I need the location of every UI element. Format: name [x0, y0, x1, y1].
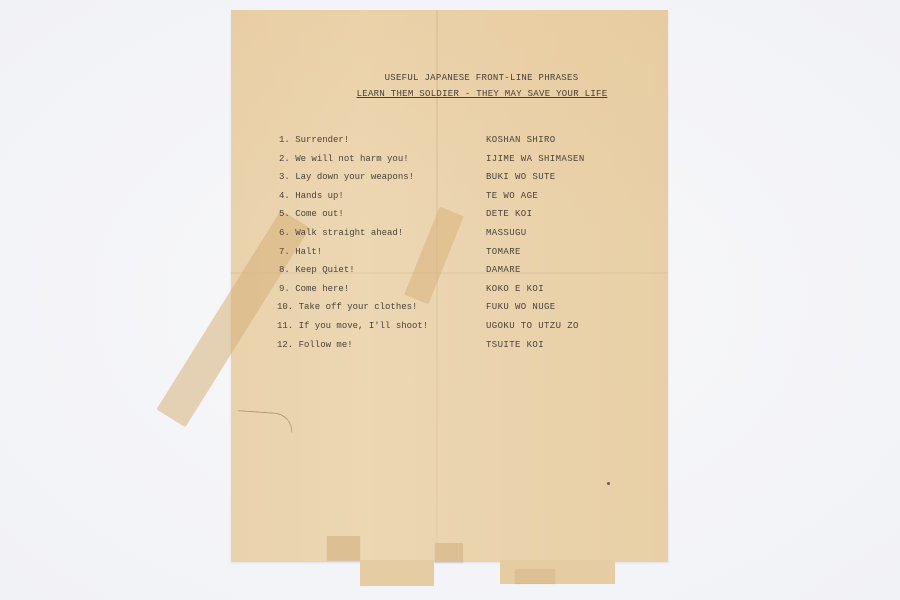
phrase-english: 7. Halt! — [279, 247, 322, 257]
phrase-japanese: MASSUGU — [486, 228, 527, 238]
phrase-japanese: TSUITE KOI — [486, 340, 544, 350]
torn-paper-piece — [360, 560, 434, 586]
phrase-row: 4. Hands up! TE WO AGE — [231, 191, 668, 210]
phrase-japanese: DETE KOI — [486, 209, 532, 219]
phrase-japanese: BUKI WO SUTE — [486, 172, 556, 182]
phrase-row: 5. Come out! DETE KOI — [231, 209, 668, 228]
phrase-english: 9. Come here! — [279, 284, 349, 294]
phrase-row: 7. Halt! TOMARE — [231, 247, 668, 266]
phrase-row: 1. Surrender! KOSHAN SHIRO — [231, 135, 668, 154]
phrase-english: 10. Take off your clothes! — [277, 302, 417, 312]
photo-stage: USEFUL JAPANESE FRONT-LINE PHRASES LEARN… — [0, 0, 900, 600]
phrase-english: 11. If you move, I'll shoot! — [277, 321, 428, 331]
phrase-english: 8. Keep Quiet! — [279, 265, 355, 275]
document-subtitle: LEARN THEM SOLDIER - THEY MAY SAVE YOUR … — [296, 89, 668, 99]
phrase-japanese: KOSHAN SHIRO — [486, 135, 556, 145]
phrase-japanese: UGOKU TO UTZU ZO — [486, 321, 579, 331]
document-header: USEFUL JAPANESE FRONT-LINE PHRASES LEARN… — [231, 73, 668, 99]
phrase-row: 8. Keep Quiet! DAMARE — [231, 265, 668, 284]
paper-crack — [236, 410, 293, 433]
phrase-japanese: TOMARE — [486, 247, 521, 257]
phrase-japanese: IJIME WA SHIMASEN — [486, 154, 585, 164]
phrase-japanese: KOKO E KOI — [486, 284, 544, 294]
phrase-row: 3. Lay down your weapons! BUKI WO SUTE — [231, 172, 668, 191]
phrase-row: 9. Come here! KOKO E KOI — [231, 284, 668, 303]
phrase-english: 2. We will not harm you! — [279, 154, 409, 164]
phrase-english: 3. Lay down your weapons! — [279, 172, 414, 182]
phrase-row: 6. Walk straight ahead! MASSUGU — [231, 228, 668, 247]
phrase-japanese: FUKU WO NUGE — [486, 302, 556, 312]
torn-paper-flap — [327, 536, 360, 560]
phrase-row: 12. Follow me! TSUITE KOI — [231, 340, 668, 359]
phrase-english: 4. Hands up! — [279, 191, 344, 201]
phrase-japanese: TE WO AGE — [486, 191, 538, 201]
ink-speck — [607, 482, 610, 485]
torn-paper-flap — [435, 543, 463, 562]
phrase-list: 1. Surrender! KOSHAN SHIRO 2. We will no… — [231, 135, 668, 358]
phrase-japanese: DAMARE — [486, 265, 521, 275]
phrase-row: 2. We will not harm you! IJIME WA SHIMAS… — [231, 154, 668, 173]
phrase-english: 5. Come out! — [279, 209, 344, 219]
phrase-english: 12. Follow me! — [277, 340, 353, 350]
phrase-row: 10. Take off your clothes! FUKU WO NUGE — [231, 302, 668, 321]
phrase-row: 11. If you move, I'll shoot! UGOKU TO UT… — [231, 321, 668, 340]
torn-paper-flap — [515, 569, 555, 583]
vintage-document-sheet: USEFUL JAPANESE FRONT-LINE PHRASES LEARN… — [231, 10, 668, 562]
phrase-english: 1. Surrender! — [279, 135, 349, 145]
document-title: USEFUL JAPANESE FRONT-LINE PHRASES — [295, 73, 668, 83]
phrase-english: 6. Walk straight ahead! — [279, 228, 403, 238]
